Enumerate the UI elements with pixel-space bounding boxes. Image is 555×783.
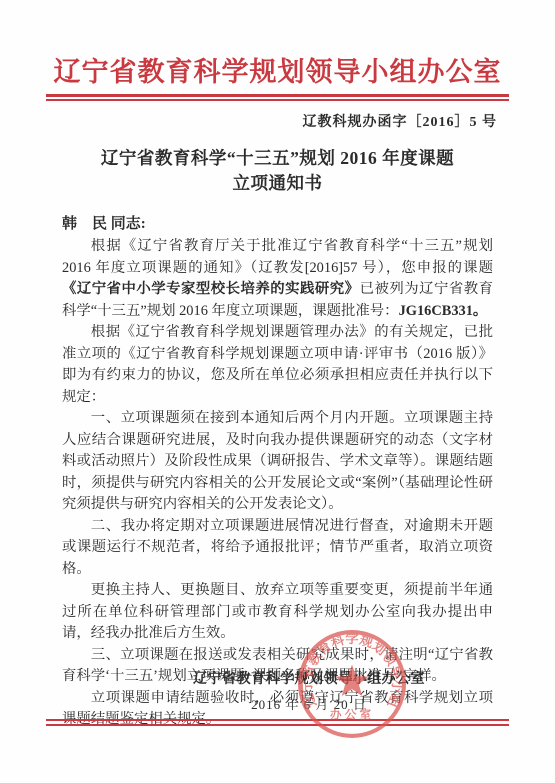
paragraph-text: 一、立项课题须在接到本通知后两个月内开题。立项课题主持人应结合课题研究进展，及时… <box>62 410 493 512</box>
paragraph: 更换主持人、更换题目、放弃立项等重要变更，须提前半年通过所在单位科研管理部门或市… <box>62 580 493 645</box>
paragraph: 二、我办将定期对立项课题进展情况进行督查，对逾期未开题或课题运行不规范者，将给予… <box>62 516 493 581</box>
doc-number: 辽教科规办函字［2016］5 号 <box>0 111 497 131</box>
header-org-title: 辽宁省教育科学规划领导小组办公室 <box>0 0 555 89</box>
salutation: 韩 民 同志: <box>62 212 493 233</box>
paragraph-text: 根据《辽宁省教育科学规划课题管理办法》的有关规定，已批准立项的《辽宁省教育科学规… <box>62 324 493 405</box>
official-stamp: 辽宁省教育科学规划领导小组 办公室 <box>296 628 408 740</box>
emphasized-text: 《辽宁省中小学专家型校长培养的实践研究》 <box>62 281 360 297</box>
stamp-star-icon <box>336 665 369 696</box>
paragraph-text: 二、我办将定期对立项课题进展情况进行督查，对逾期未开题或课题运行不规范者，将给予… <box>62 518 493 577</box>
stamp-graphic: 辽宁省教育科学规划领导小组 办公室 <box>296 628 408 740</box>
paragraph-text: 更换主持人、更换题目、放弃立项等重要变更，须提前半年通过所在单位科研管理部门或市… <box>62 582 493 641</box>
paragraph: 根据《辽宁省教育厅关于批准辽宁省教育科学“十三五”规划 2016 年度立项课题的… <box>62 236 493 322</box>
header-rule <box>46 94 509 101</box>
emphasized-text: JG16CB331。 <box>399 303 488 319</box>
footer-rule <box>46 719 509 726</box>
document-title-line1: 辽宁省教育科学“十三五”规划 2016 年度课题 <box>0 146 555 171</box>
document-title: 辽宁省教育科学“十三五”规划 2016 年度课题 立项通知书 <box>0 146 555 196</box>
document-page: 辽宁省教育科学规划领导小组办公室 辽教科规办函字［2016］5 号 辽宁省教育科… <box>0 0 555 783</box>
stamp-bottom-text: 办公室 <box>330 708 374 722</box>
document-title-line2: 立项通知书 <box>0 171 555 196</box>
paragraph-text: 根据《辽宁省教育厅关于批准辽宁省教育科学“十三五”规划 2016 年度立项课题的… <box>62 238 493 276</box>
body-text: 根据《辽宁省教育厅关于批准辽宁省教育科学“十三五”规划 2016 年度立项课题的… <box>62 236 493 731</box>
paragraph: 根据《辽宁省教育科学规划课题管理办法》的有关规定，已批准立项的《辽宁省教育科学规… <box>62 322 493 408</box>
paragraph: 一、立项课题须在接到本通知后两个月内开题。立项课题主持人应结合课题研究进展，及时… <box>62 408 493 516</box>
